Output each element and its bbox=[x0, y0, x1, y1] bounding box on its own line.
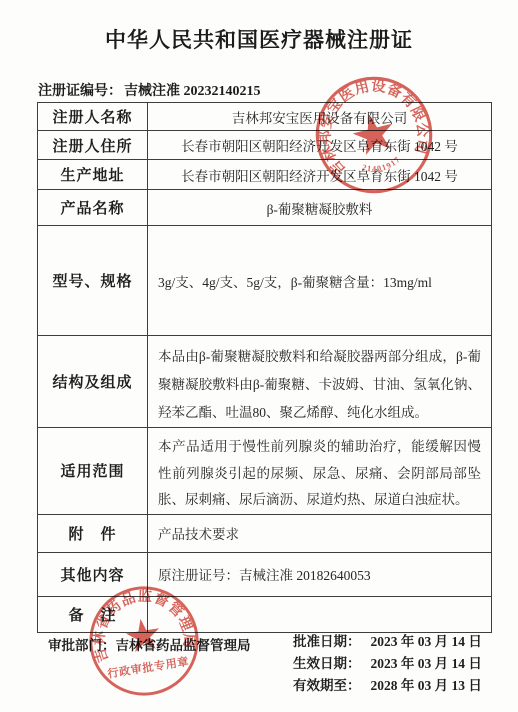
table-row: 附 件 产品技术要求 bbox=[38, 514, 492, 552]
row-value: 吉林邦安宝医用设备有限公司 bbox=[148, 103, 492, 131]
table-row: 备 注 bbox=[38, 596, 492, 632]
cert-number-label: 注册证编号： bbox=[38, 84, 122, 99]
cert-number-value: 吉械注准 20232140215 bbox=[124, 84, 261, 99]
table-row: 注册人住所 长春市朝阳区朝阳经济开发区阜育东街 1042 号 bbox=[38, 131, 492, 160]
row-value: β-葡聚糖凝胶敷料 bbox=[148, 190, 492, 226]
row-value: 产品技术要求 bbox=[148, 514, 492, 552]
page-title: 中华人民共和国医疗器械注册证 bbox=[0, 24, 518, 54]
row-label: 其他内容 bbox=[38, 552, 148, 596]
table-row: 产品名称 β-葡聚糖凝胶敷料 bbox=[38, 190, 492, 226]
row-label: 生产地址 bbox=[38, 160, 148, 190]
expiry-date-line: 有效期至：2028 年 03 月 13 日 bbox=[293, 678, 482, 700]
effective-date-label: 生效日期： bbox=[293, 656, 361, 672]
expiry-date-label: 有效期至： bbox=[293, 678, 361, 694]
row-value: 长春市朝阳区朝阳经济开发区阜育东街 1042 号 bbox=[148, 131, 492, 160]
table-row: 其他内容 原注册证号：吉械注准 20182640053 bbox=[38, 552, 492, 596]
row-value: 本产品适用于慢性前列腺炎的辅助治疗，能缓解因慢性前列腺炎引起的尿频、尿急、尿痛、… bbox=[148, 428, 492, 515]
certificate-table: 注册人名称 吉林邦安宝医用设备有限公司 注册人住所 长春市朝阳区朝阳经济开发区阜… bbox=[37, 102, 492, 633]
row-label: 结构及组成 bbox=[38, 336, 148, 428]
cert-number-line: 注册证编号：吉械注准 20232140215 bbox=[38, 80, 261, 100]
row-label: 注册人名称 bbox=[38, 103, 148, 131]
approval-date-value: 2023 年 03 月 14 日 bbox=[371, 634, 482, 649]
row-label: 型号、规格 bbox=[38, 226, 148, 336]
row-value: 原注册证号：吉械注准 20182640053 bbox=[148, 552, 492, 596]
table-row: 适用范围 本产品适用于慢性前列腺炎的辅助治疗，能缓解因慢性前列腺炎引起的尿频、尿… bbox=[38, 428, 492, 515]
row-label: 适用范围 bbox=[38, 428, 148, 515]
table-row: 结构及组成 本品由β-葡聚糖凝胶敷料和给凝胶器两部分组成，β-葡聚糖凝胶敷料由β… bbox=[38, 336, 492, 428]
row-value: 3g/支、4g/支、5g/支，β-葡聚糖含量：13mg/ml bbox=[148, 226, 492, 336]
approval-department-label: 审批部门： bbox=[48, 638, 116, 653]
row-label: 注册人住所 bbox=[38, 131, 148, 160]
dates-block: 批准日期：2023 年 03 月 14 日 生效日期：2023 年 03 月 1… bbox=[293, 634, 482, 700]
row-label: 备 注 bbox=[38, 596, 148, 632]
table-row: 型号、规格 3g/支、4g/支、5g/支，β-葡聚糖含量：13mg/ml bbox=[38, 226, 492, 336]
table-row: 注册人名称 吉林邦安宝医用设备有限公司 bbox=[38, 103, 492, 131]
table-row: 生产地址 长春市朝阳区朝阳经济开发区阜育东街 1042 号 bbox=[38, 160, 492, 190]
certificate-page: 中华人民共和国医疗器械注册证 注册证编号：吉械注准 20232140215 注册… bbox=[0, 0, 518, 712]
approval-date-line: 批准日期：2023 年 03 月 14 日 bbox=[293, 634, 482, 656]
row-value: 本品由β-葡聚糖凝胶敷料和给凝胶器两部分组成，β-葡聚糖凝胶敷料由β-葡聚糖、卡… bbox=[148, 336, 492, 428]
effective-date-value: 2023 年 03 月 14 日 bbox=[371, 656, 482, 671]
approval-date-label: 批准日期： bbox=[293, 634, 361, 650]
approval-seal-caption: 行政审批专用章 bbox=[106, 654, 190, 681]
approval-department-value: 吉林省药品监督管理局 bbox=[116, 638, 251, 653]
row-value bbox=[148, 596, 492, 632]
effective-date-line: 生效日期：2023 年 03 月 14 日 bbox=[293, 656, 482, 678]
approval-department-line: 审批部门：吉林省药品监督管理局 bbox=[48, 634, 251, 654]
row-value: 长春市朝阳区朝阳经济开发区阜育东街 1042 号 bbox=[148, 160, 492, 190]
row-label: 产品名称 bbox=[38, 190, 148, 226]
expiry-date-value: 2028 年 03 月 13 日 bbox=[371, 678, 482, 693]
row-label: 附 件 bbox=[38, 514, 148, 552]
